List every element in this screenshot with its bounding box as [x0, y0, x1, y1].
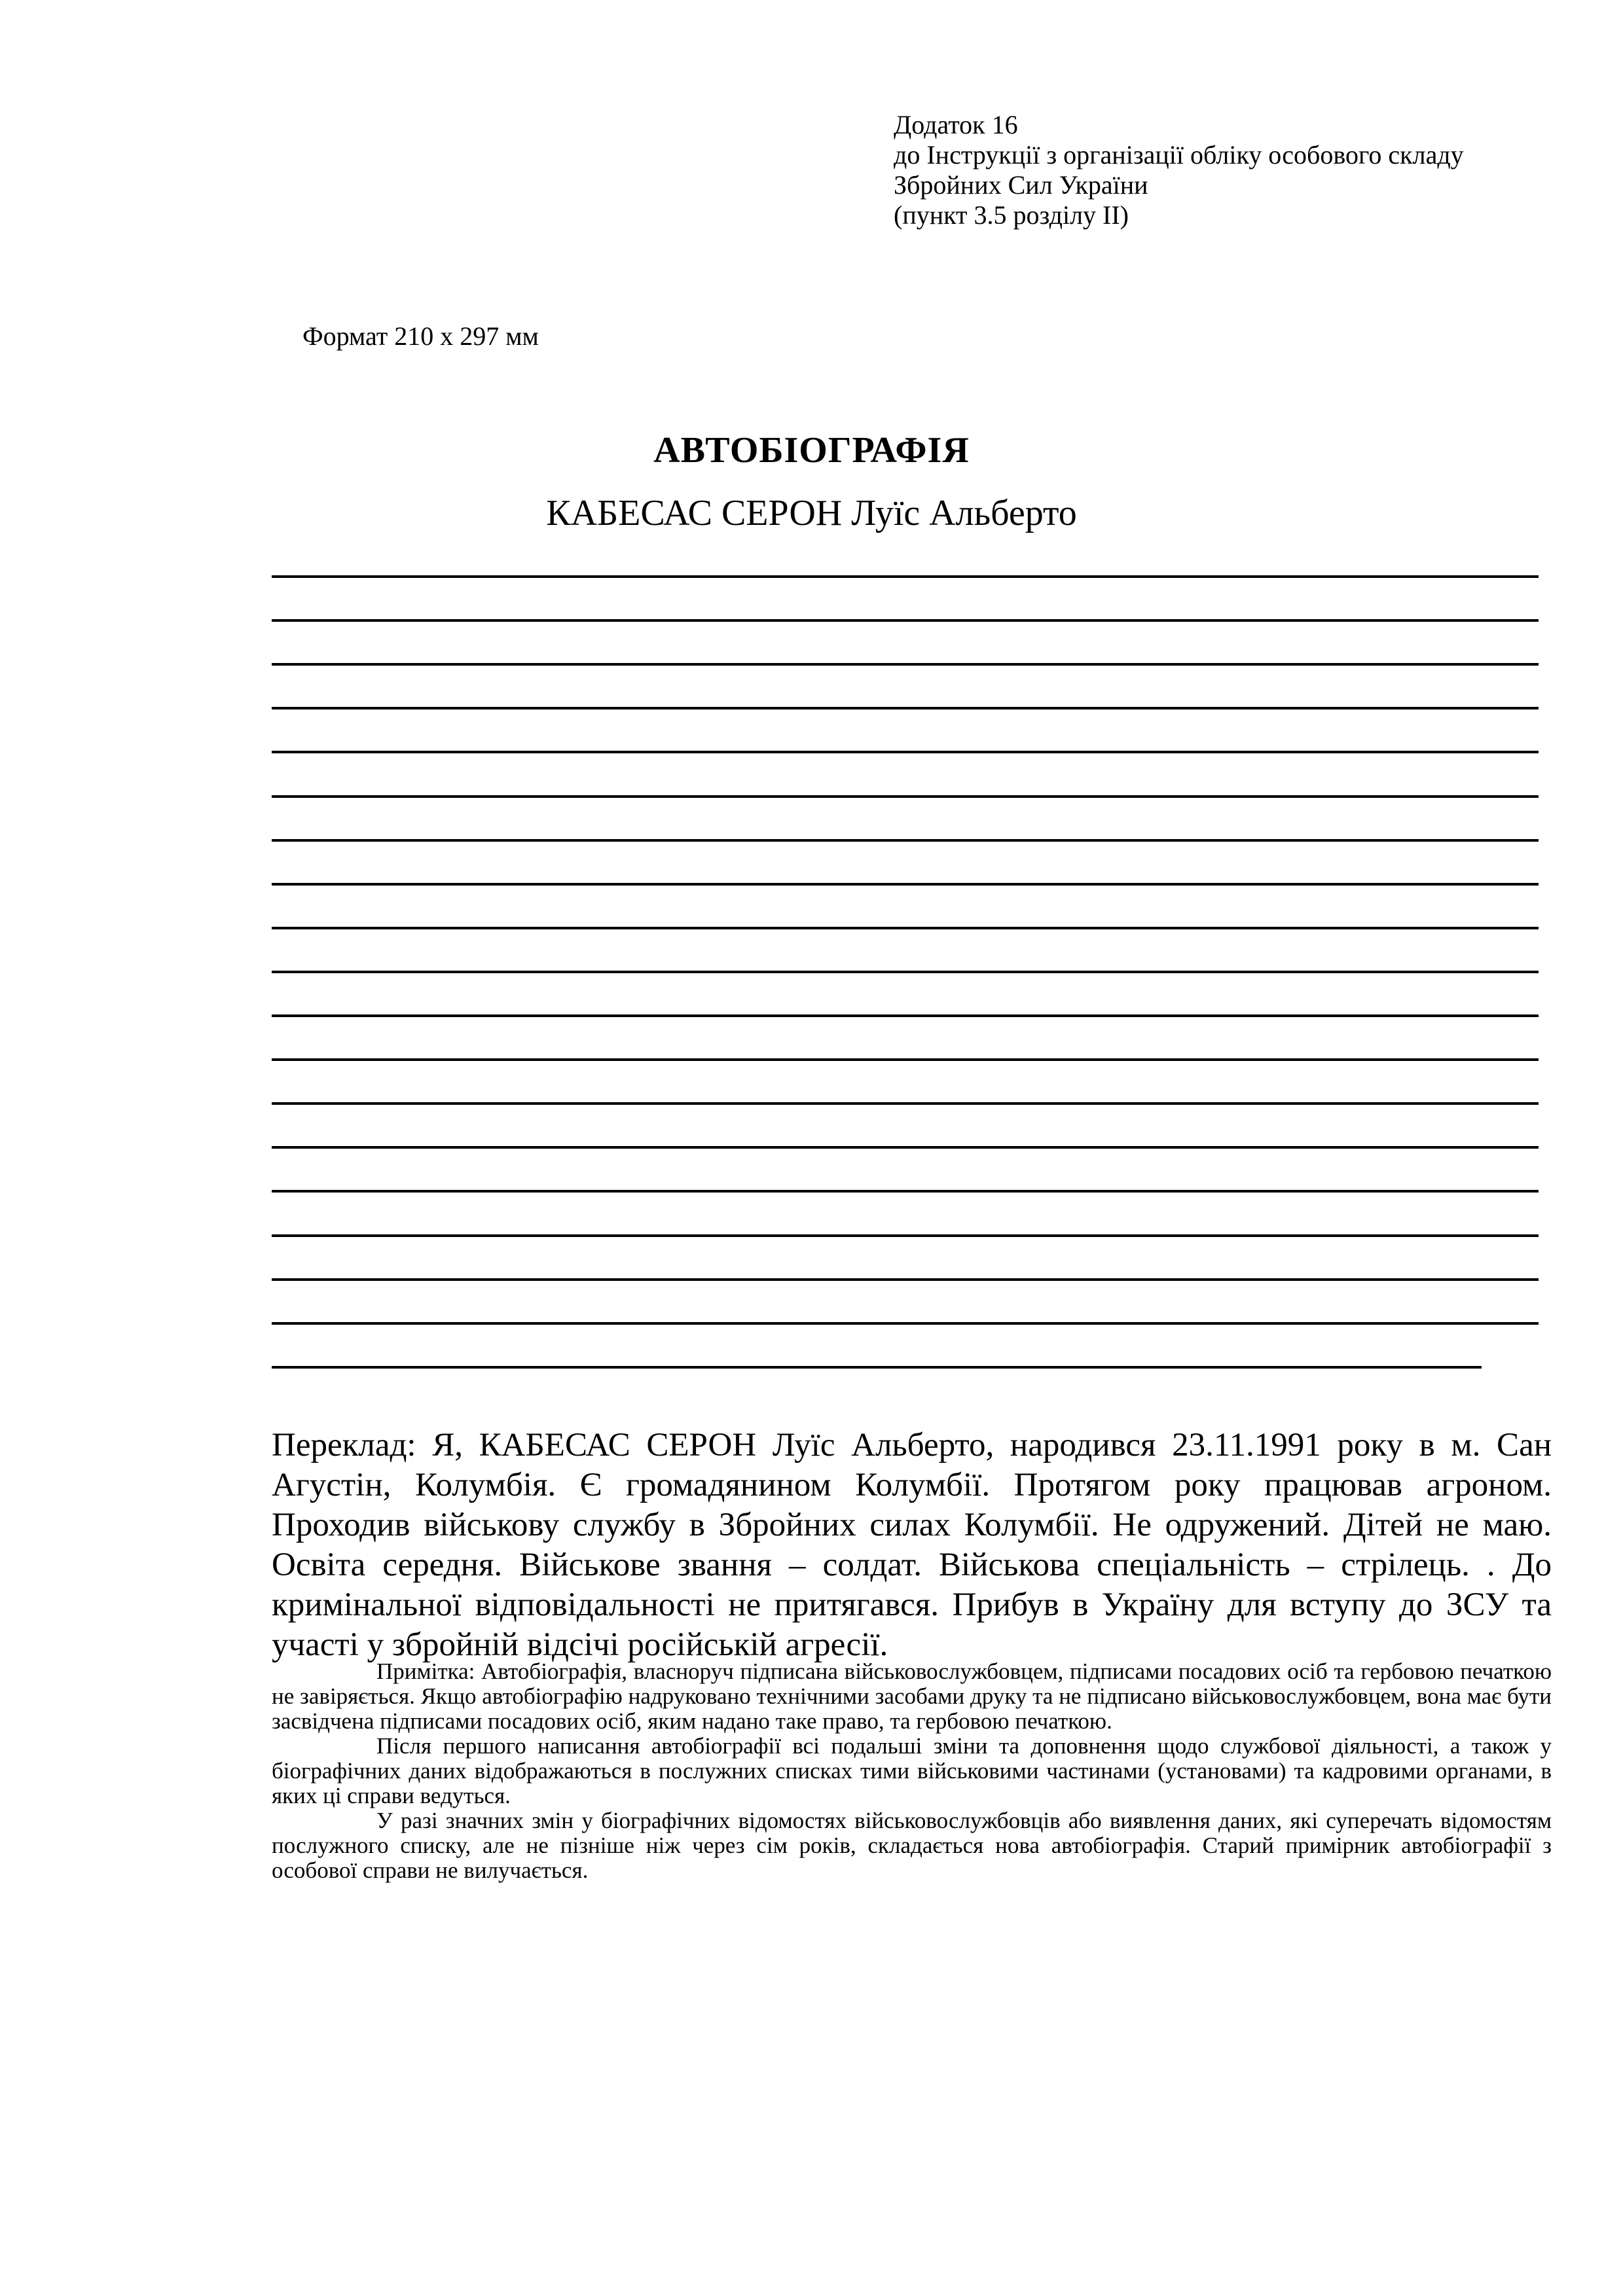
- writing-line: [272, 1366, 1482, 1369]
- writing-line: [272, 883, 1539, 886]
- writing-line: [272, 575, 1539, 578]
- writing-line: [272, 927, 1539, 929]
- writing-line: [272, 1146, 1539, 1149]
- writing-line: [272, 1278, 1539, 1281]
- annex-instruction: до Інструкції з організації обліку особо…: [894, 140, 1464, 170]
- writing-line: [272, 839, 1539, 842]
- annex-header: Додаток 16 до Інструкції з організації о…: [894, 110, 1464, 230]
- writing-line: [272, 1190, 1539, 1193]
- writing-line: [272, 795, 1539, 798]
- person-name: КАБЕСАС СЕРОН Луїс Альберто: [0, 492, 1623, 534]
- note-paragraph: У разі значних змін у біографічних відом…: [272, 1808, 1552, 1883]
- writing-line: [272, 663, 1539, 666]
- annex-clause: (пункт 3.5 розділу ІІ): [894, 200, 1464, 230]
- translation-paragraph: Переклад: Я, КАБЕСАС СЕРОН Луїс Альберто…: [272, 1426, 1552, 1665]
- annex-number: Додаток 16: [894, 110, 1464, 140]
- writing-line: [272, 619, 1539, 622]
- writing-line: [272, 971, 1539, 973]
- notes-section: Примітка: Автобіографія, власноруч підпи…: [272, 1659, 1552, 1883]
- writing-line: [272, 707, 1539, 709]
- writing-line: [272, 1058, 1539, 1061]
- writing-line: [272, 1014, 1539, 1017]
- note-paragraph: Після першого написання автобіографії вс…: [272, 1734, 1552, 1808]
- writing-line: [272, 751, 1539, 753]
- document-title: АВТОБІОГРАФІЯ: [0, 429, 1623, 471]
- writing-line: [272, 1234, 1539, 1237]
- format-label: Формат 210 х 297 мм: [302, 321, 539, 351]
- writing-line: [272, 1322, 1539, 1325]
- writing-line: [272, 1102, 1539, 1105]
- note-paragraph: Примітка: Автобіографія, власноруч підпи…: [272, 1659, 1552, 1734]
- annex-organization: Збройних Сил України: [894, 170, 1464, 200]
